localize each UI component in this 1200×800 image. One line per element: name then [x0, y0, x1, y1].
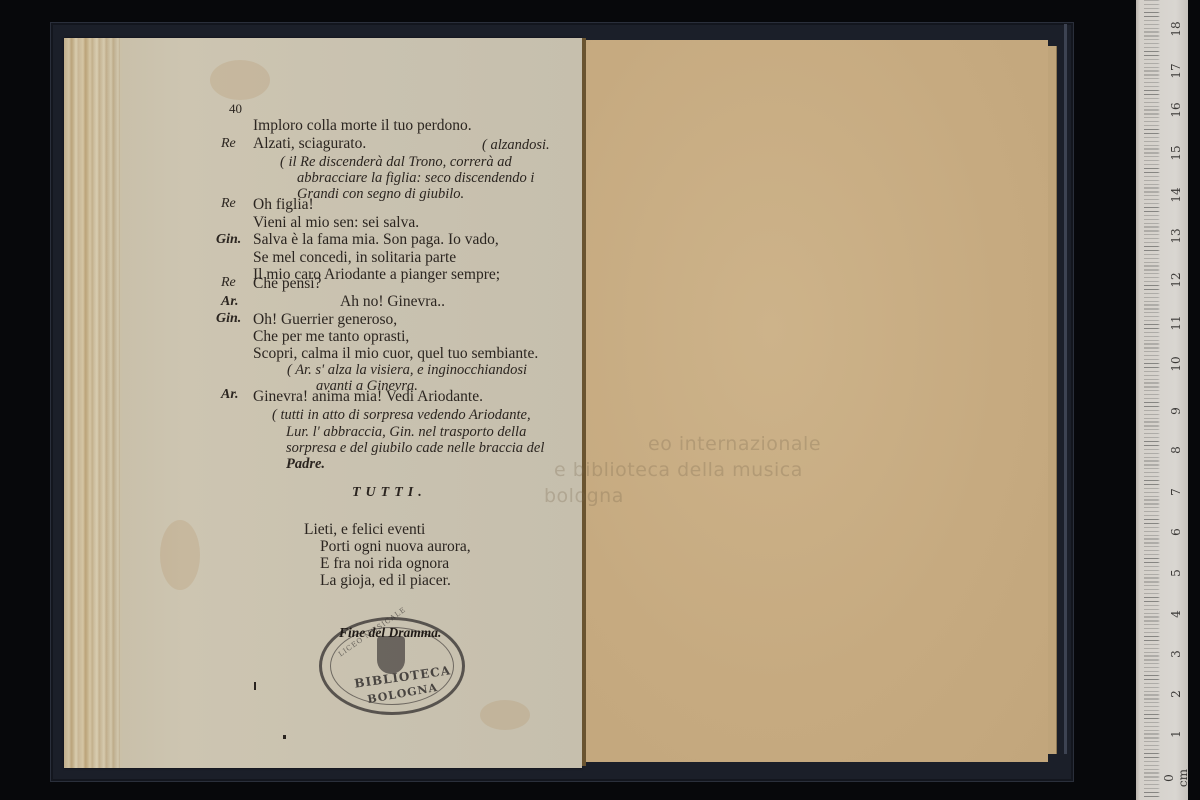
ruler-label: 18 [1169, 19, 1183, 39]
stain [210, 60, 270, 100]
dialogue-line: Oh figlia! [253, 196, 314, 214]
dialogue-line: Oh! Guerrier generoso, [253, 311, 397, 329]
dialogue-line: Che per me tanto oprasti, [253, 328, 409, 346]
ruler-label: 8 [1169, 440, 1183, 460]
closing-text: Fine del Dramma. [339, 625, 441, 641]
watermark-line: eo internazionale [648, 431, 821, 457]
speaker-label: Gin. [216, 232, 241, 248]
stage-direction: sorpresa e del giubilo cade nelle bracci… [286, 440, 544, 457]
ruler-label: 16 [1169, 100, 1183, 120]
stage-direction: Padre. [286, 456, 325, 473]
stage-direction: ( il Re discenderà dal Trono, correrà ad [280, 154, 512, 171]
dialogue-line: Vieni al mio sen: sei salva. [253, 214, 419, 232]
dialogue-line: Imploro colla morte il tuo perdono. [253, 117, 472, 135]
speaker-label: Ar. [221, 387, 239, 403]
watermark-line: bologna [544, 483, 821, 509]
dialogue-line: Ah no! Ginevra.. [340, 293, 445, 311]
stain [160, 520, 200, 590]
right-page-blank [586, 40, 1048, 762]
ruler-label: 7 [1169, 482, 1183, 502]
board-edge [1064, 24, 1067, 754]
ruler-label: 12 [1169, 270, 1183, 290]
ruler-label: 3 [1169, 644, 1183, 664]
watermark: eo internazionale e biblioteca della mus… [612, 431, 821, 509]
dialogue-line: Salva è la fama mia. Son paga. Io vado, [253, 231, 499, 249]
ruler-label: 4 [1169, 604, 1183, 624]
chorus-line: E fra noi rida ognora [320, 555, 449, 573]
ruler-label: 1 [1169, 724, 1183, 744]
ruler-label: 11 [1169, 313, 1183, 333]
dialogue-line: Che pensi? [253, 275, 321, 293]
ruler-label: 10 [1169, 354, 1183, 374]
measuring-ruler [1136, 0, 1188, 800]
speaker-label: Re [221, 196, 236, 212]
speaker-label: Ar. [221, 294, 239, 310]
dialogue-line: Se mel concedi, in solitaria parte [253, 249, 456, 267]
speaker-label: Gin. [216, 311, 241, 327]
page-number: 40 [229, 100, 242, 119]
stage-direction: abbracciare la figlia: seco discendendo … [297, 170, 534, 187]
stage-direction: ( tutti in atto di sorpresa vedendo Ario… [272, 407, 531, 424]
ink-mark [254, 682, 256, 690]
stage-direction: Lur. l' abbraccia, Gin. nel trasporto de… [286, 424, 526, 441]
ruler-label: 6 [1169, 522, 1183, 542]
speaker-label: Re [221, 136, 236, 152]
watermark-line: e biblioteca della musica [554, 457, 821, 483]
ruler-label: 0 cm [1162, 768, 1190, 788]
chorus-heading: TUTTI. [352, 485, 427, 501]
chorus-line: Lieti, e felici eventi [304, 521, 425, 539]
ink-mark [283, 735, 286, 739]
ruler-label: 13 [1169, 226, 1183, 246]
dialogue-line: Ginevra! anima mia! Vedi Ariodante. [253, 388, 483, 406]
chorus-line: Porti ogni nuova aurora, [320, 538, 471, 556]
stain [480, 700, 530, 730]
dialogue-line: Scopri, calma il mio cuor, quel tuo semb… [253, 345, 538, 363]
chorus-line: La gioja, ed il piacer. [320, 572, 451, 590]
ruler-label: 17 [1169, 61, 1183, 81]
stage-direction: Grandi con segno di giubilo. [297, 186, 464, 203]
ruler-label: 14 [1169, 185, 1183, 205]
ruler-label: 15 [1169, 143, 1183, 163]
stage-direction: ( Ar. s' alza la visiera, e inginocchian… [287, 362, 527, 379]
speaker-label: Re [221, 275, 236, 291]
stage-direction: ( alzandosi. [482, 137, 550, 154]
ruler-ticks [1144, 0, 1174, 800]
ruler-label: 2 [1169, 684, 1183, 704]
ruler-label: 5 [1169, 563, 1183, 583]
coat-of-arms-icon [377, 636, 405, 674]
ruler-label: 9 [1169, 401, 1183, 421]
dialogue-line: Alzati, sciagurato. [253, 135, 366, 153]
